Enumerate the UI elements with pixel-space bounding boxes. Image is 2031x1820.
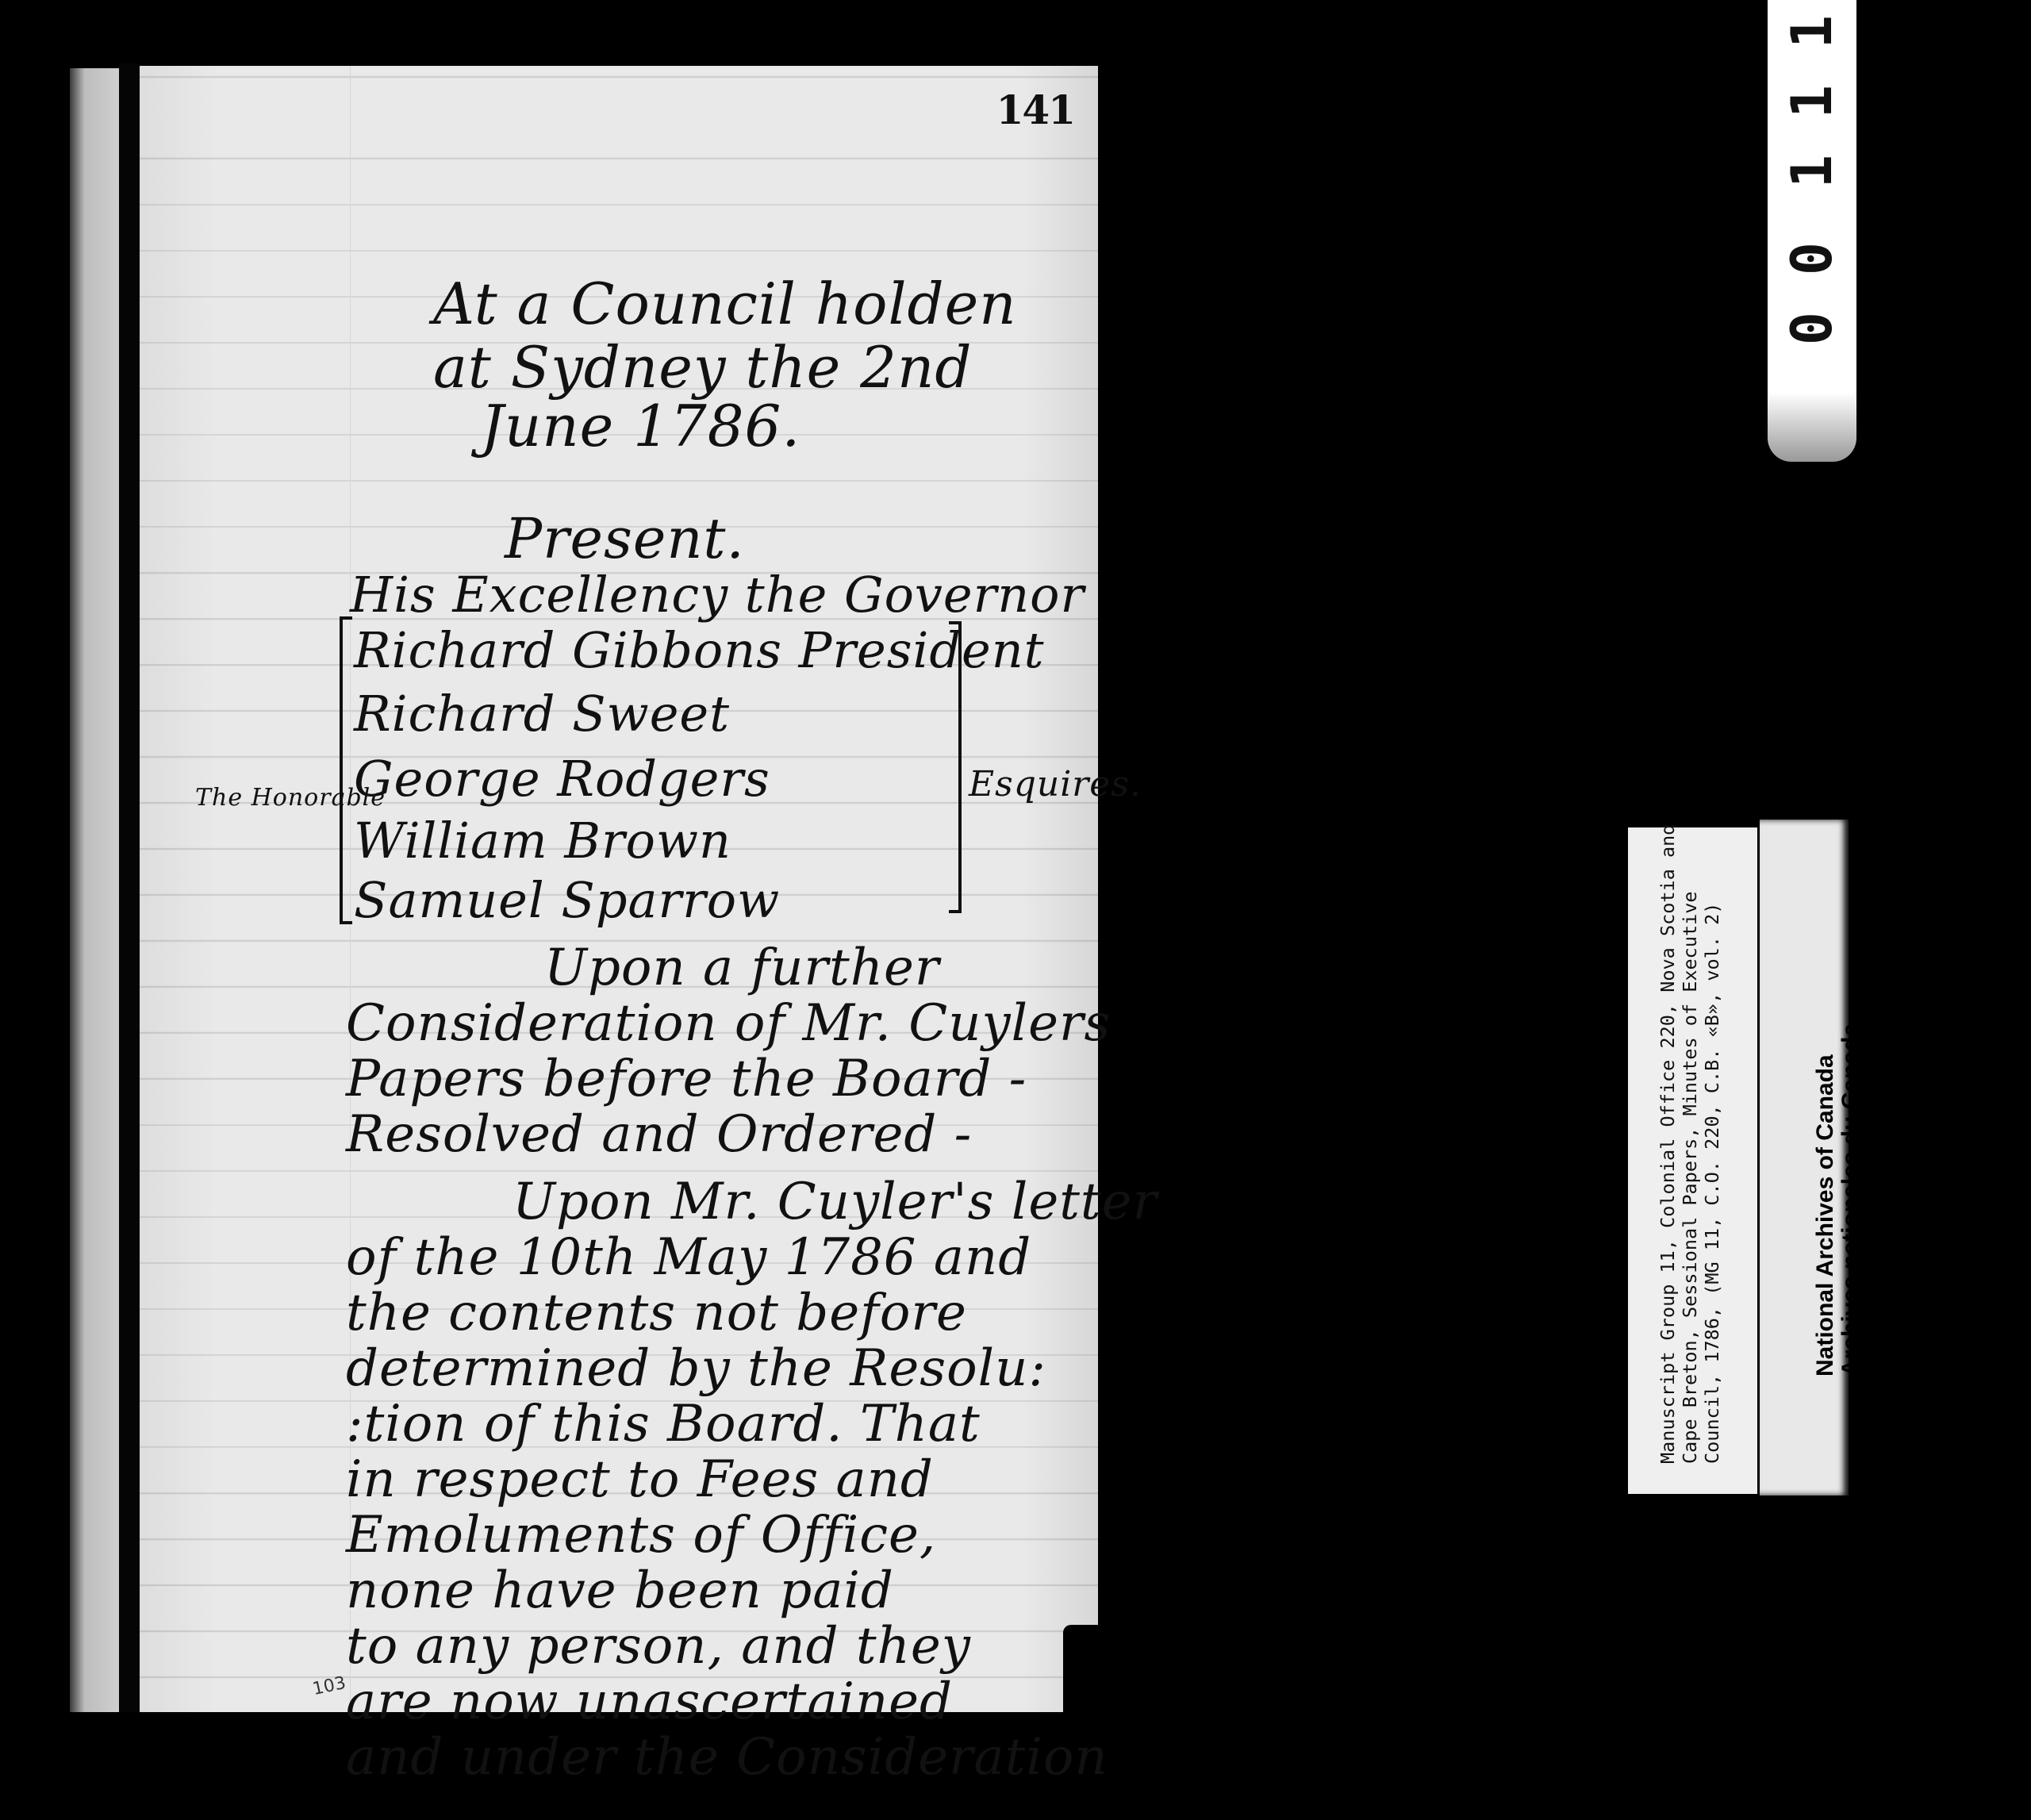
- para2-line-4: determined by the Resolu:: [346, 1339, 1046, 1398]
- heading-line-1: At a Council holden: [433, 271, 1017, 337]
- institution-name-fr: Archives nationales du Canada: [1838, 1023, 1864, 1377]
- presiding-officer: His Excellency the Governor: [350, 566, 1085, 624]
- heading-line-2: at Sydney the 2nd: [433, 334, 972, 401]
- folio-note: 103: [311, 1673, 347, 1699]
- institution-text: National Archives of Canada Archives nat…: [1813, 1023, 1864, 1377]
- manuscript-page: 141 At a Council holden at Sydney the 2n…: [140, 66, 1098, 1712]
- para1-line-4: Resolved and Ordered -: [346, 1105, 972, 1164]
- para2-line-10: are now unascertained: [346, 1672, 953, 1731]
- para2-line-11: and under the Consideration: [346, 1728, 1108, 1787]
- book-gutter: [119, 63, 141, 1712]
- para2-line-5: :tion of this Board. That: [346, 1395, 981, 1453]
- citation-line-2: Cape Breton, Sessional Papers, Minutes o…: [1679, 824, 1701, 1464]
- facing-page-edge: [70, 68, 119, 1712]
- esquires-suffix: Esquires.: [969, 764, 1142, 804]
- para2-line-9: to any person, and they: [346, 1617, 971, 1676]
- heading-line-3: June 1786.: [481, 393, 800, 459]
- institution-name-en: National Archives of Canada: [1813, 1023, 1838, 1377]
- para1-line-1: Upon a further: [544, 939, 939, 997]
- member-4: William Brown: [354, 812, 731, 870]
- para1-line-2: Consideration of Mr. Cuylers: [346, 994, 1111, 1053]
- member-2: Richard Sweet: [354, 685, 730, 743]
- citation-line-3: Council, 1786, (MG 11, C.O. 220, C.B. «B…: [1701, 824, 1723, 1464]
- citation-line-1: Manuscript Group 11, Colonial Office 220…: [1657, 824, 1679, 1464]
- counter-digit: 0: [1788, 284, 1836, 373]
- para2-line-7: Emoluments of Office,: [346, 1506, 936, 1565]
- para2-line-2: of the 10th May 1786 and: [346, 1228, 1031, 1287]
- member-5: Samuel Sparrow: [354, 871, 780, 929]
- citation-text: Manuscript Group 11, Colonial Office 220…: [1657, 824, 1723, 1464]
- page-corner-clip: [1063, 1625, 1111, 1712]
- member-1: Richard Gibbons President: [354, 621, 1045, 679]
- para2-line-8: none have been paid: [346, 1561, 894, 1620]
- member-3: George Rodgers: [354, 750, 770, 808]
- page-number: 141: [996, 86, 1074, 133]
- left-bracket: [340, 616, 352, 924]
- para1-line-3: Papers before the Board -: [346, 1050, 1027, 1108]
- para2-line-3: the contents not before: [346, 1284, 967, 1342]
- para2-line-6: in respect to Fees and: [346, 1450, 934, 1509]
- film-frame-counter: 1 1 1 0 0: [1768, 0, 1856, 462]
- present-label: Present.: [505, 506, 745, 571]
- counter-digit: 1: [1788, 127, 1836, 216]
- para2-line-1: Upon Mr. Cuyler's letter: [513, 1173, 1158, 1231]
